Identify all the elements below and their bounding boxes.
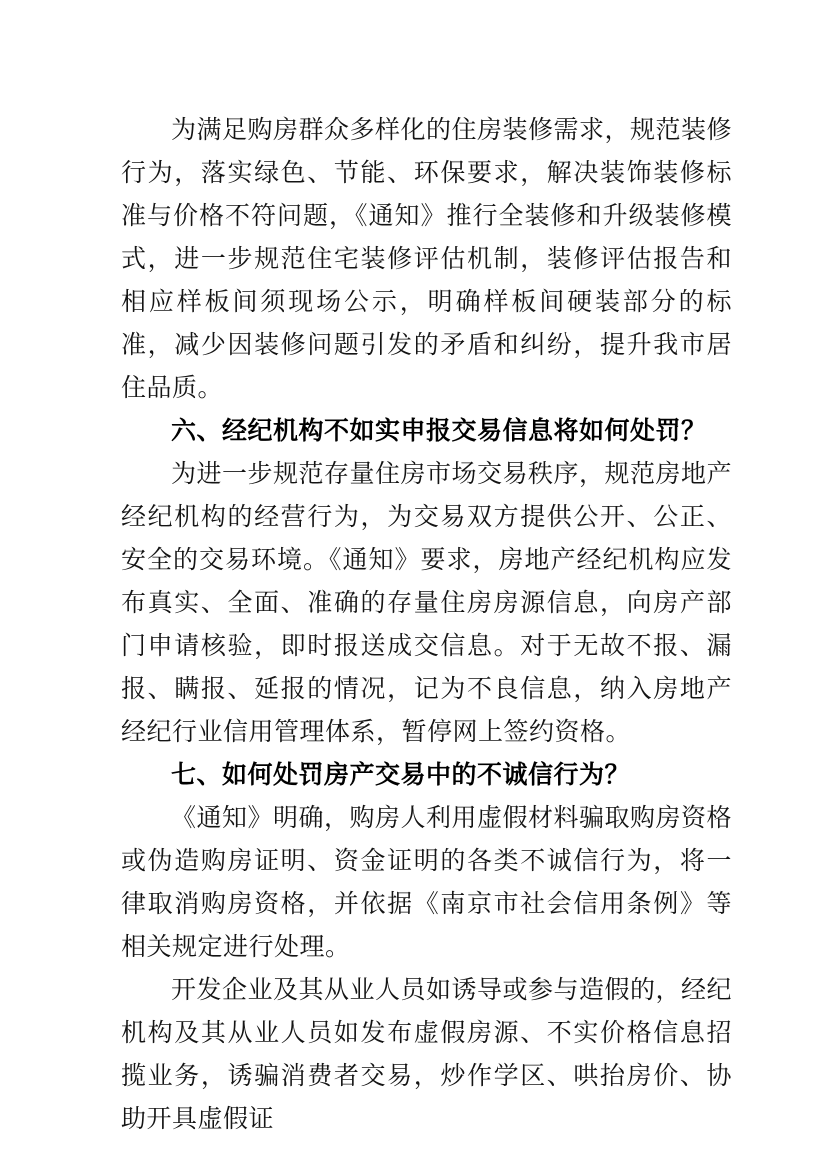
- paragraph-renovation-policy: 为满足购房群众多样化的住房装修需求，规范装修行为，落实绿色、节能、环保要求，解决…: [121, 108, 732, 409]
- paragraph-buyer-dishonesty-penalty: 《通知》明确，购房人利用虚假材料骗取购房资格或伪造购房证明、资金证明的各类不诚信…: [121, 796, 732, 968]
- paragraph-broker-reporting-penalty: 为进一步规范存量住房市场交易秩序，规范房地产经纪机构的经营行为，为交易双方提供公…: [121, 452, 732, 753]
- document-body: 为满足购房群众多样化的住房装修需求，规范装修行为，落实绿色、节能、环保要求，解决…: [121, 108, 732, 1140]
- paragraph-developer-broker-violations: 开发企业及其从业人员如诱导或参与造假的，经纪机构及其从业人员如发布虚假房源、不实…: [121, 968, 732, 1140]
- section-heading-6: 六、经纪机构不如实申报交易信息将如何处罚？: [121, 409, 732, 452]
- section-heading-7: 七、如何处罚房产交易中的不诚信行为？: [121, 753, 732, 796]
- document-page: 为满足购房群众多样化的住房装修需求，规范装修行为，落实绿色、节能、环保要求，解决…: [0, 0, 826, 1169]
